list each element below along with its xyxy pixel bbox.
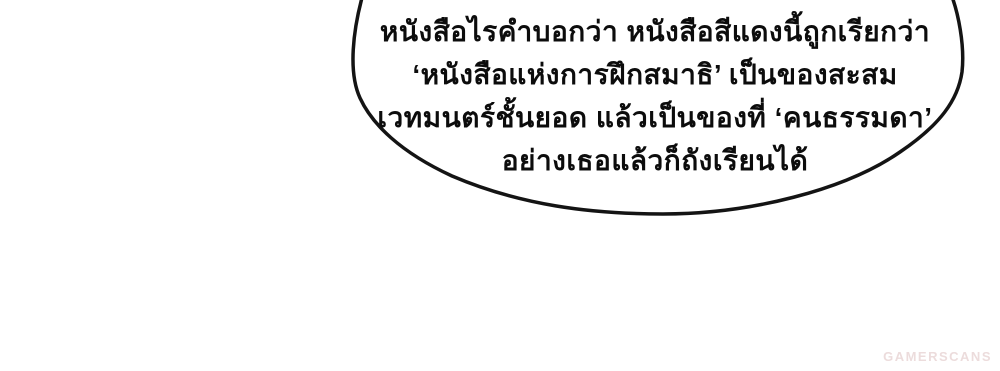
speech-line-2: ‘หนังสือแห่งการฝึกสมาธิ’ เป็นของสะสม [340, 53, 970, 96]
speech-bubble-text: หนังสือไรคำบอกว่า หนังสือสีแดงนี้ถูกเรีย… [340, 10, 970, 182]
speech-line-4: อย่างเธอแล้วก็ถังเรียนได้ [340, 139, 970, 182]
comic-page: หนังสือไรคำบอกว่า หนังสือสีแดงนี้ถูกเรีย… [0, 0, 1000, 371]
speech-line-1: หนังสือไรคำบอกว่า หนังสือสีแดงนี้ถูกเรีย… [340, 10, 970, 53]
speech-line-3: เวทมนตร์ชั้นยอด แล้วเป็นของที่ ‘คนธรรมดา… [340, 96, 970, 139]
scanlation-watermark: GAMERSCANS [883, 349, 992, 364]
